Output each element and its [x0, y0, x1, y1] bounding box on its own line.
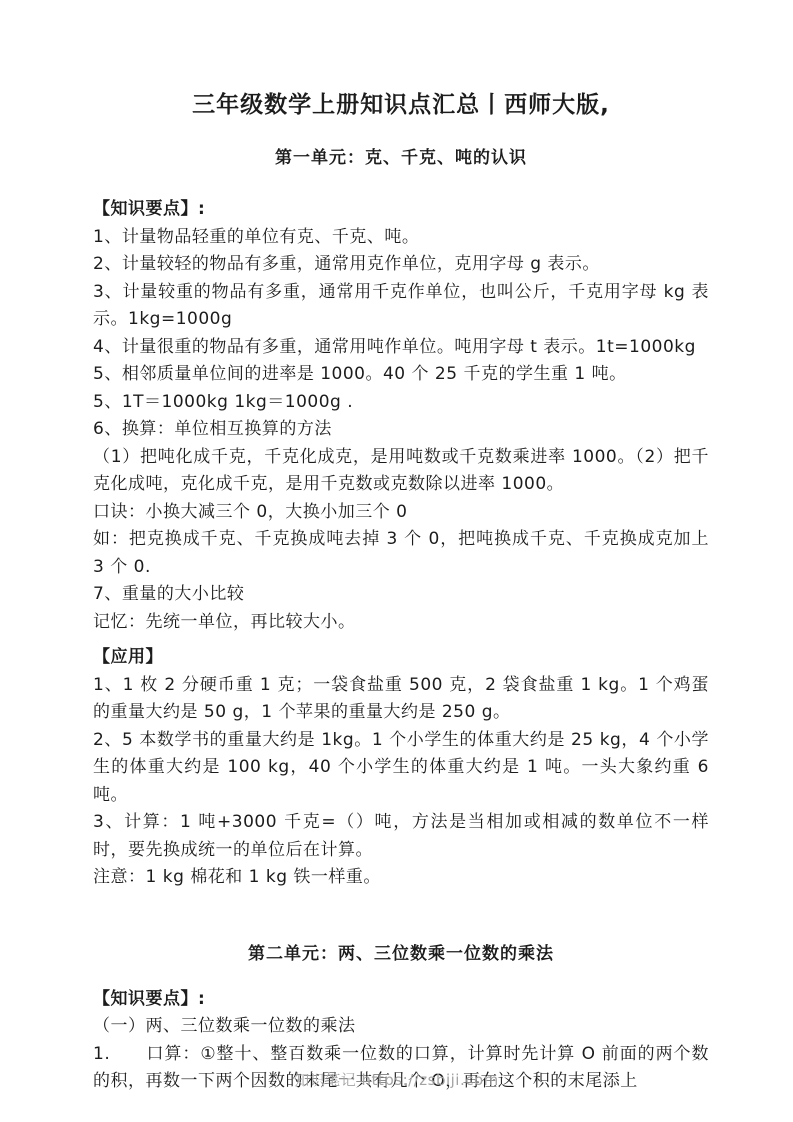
paragraph: （1）把吨化成千克，千克化成克，是用吨数或千克数乘进率 1000。（2）把千克化… [93, 444, 709, 499]
doc-title: 三年级数学上册知识点汇总丨西师大版, [93, 88, 709, 122]
paragraph: 4、计量很重的物品有多重，通常用吨作单位。吨用字母 t 表示。1t=1000kg [93, 334, 709, 362]
paragraph: 7、重量的大小比较 [93, 581, 709, 609]
paragraph: 2、计量较轻的物品有多重，通常用克作单位，克用字母 g 表示。 [93, 251, 709, 279]
paragraph: 1、1 枚 2 分硬币重 1 克；一袋食盐重 500 克，2 袋食盐重 1 kg… [93, 672, 709, 727]
paragraph: 记忆：先统一单位，再比较大小。 [93, 609, 709, 637]
paragraph: 注意：1 kg 棉花和 1 kg 铁一样重。 [93, 864, 709, 892]
paragraph: 口诀：小换大减三个 0，大换小加三个 0 [93, 499, 709, 527]
paragraph: 6、换算：单位相互换算的方法 [93, 416, 709, 444]
section-heading-unit1: 第一单元：克、千克、吨的认识 [93, 146, 709, 170]
paragraph: 1、计量物品轻重的单位有克、千克、吨。 [93, 224, 709, 252]
document-page: 三年级数学上册知识点汇总丨西师大版, 第一单元：克、千克、吨的认识 【知识要点】… [0, 0, 793, 1122]
section-heading-unit2: 第二单元：两、三位数乘一位数的乘法 [93, 942, 709, 966]
footer-watermark: 知识笔记 https://zsbiji.com [0, 1069, 793, 1090]
paragraph: 5、1T＝1000kg 1kg＝1000g . [93, 389, 709, 417]
paragraph: 5、相邻质量单位间的进率是 1000。40 个 25 千克的学生重 1 吨。 [93, 361, 709, 389]
key-points-label: 【知识要点】: [93, 196, 709, 224]
key-points-label: 【知识要点】: [93, 986, 709, 1014]
paragraph: （一）两、三位数乘一位数的乘法 [93, 1013, 709, 1041]
paragraph: 2、5 本数学书的重量大约是 1kg。1 个小学生的体重大约是 25 kg，4 … [93, 727, 709, 810]
paragraph: 3、计量较重的物品有多重，通常用千克作单位，也叫公斤，千克用字母 kg 表示。1… [93, 279, 709, 334]
paragraph: 3、计算：1 吨+3000 千克=（）吨，方法是当相加或相减的数单位不一样时，要… [93, 809, 709, 864]
paragraph: 如：把克换成千克、千克换成吨去掉 3 个 0，把吨换成千克、千克换成克加上 3 … [93, 526, 709, 581]
application-label: 【应用】 [93, 644, 709, 672]
